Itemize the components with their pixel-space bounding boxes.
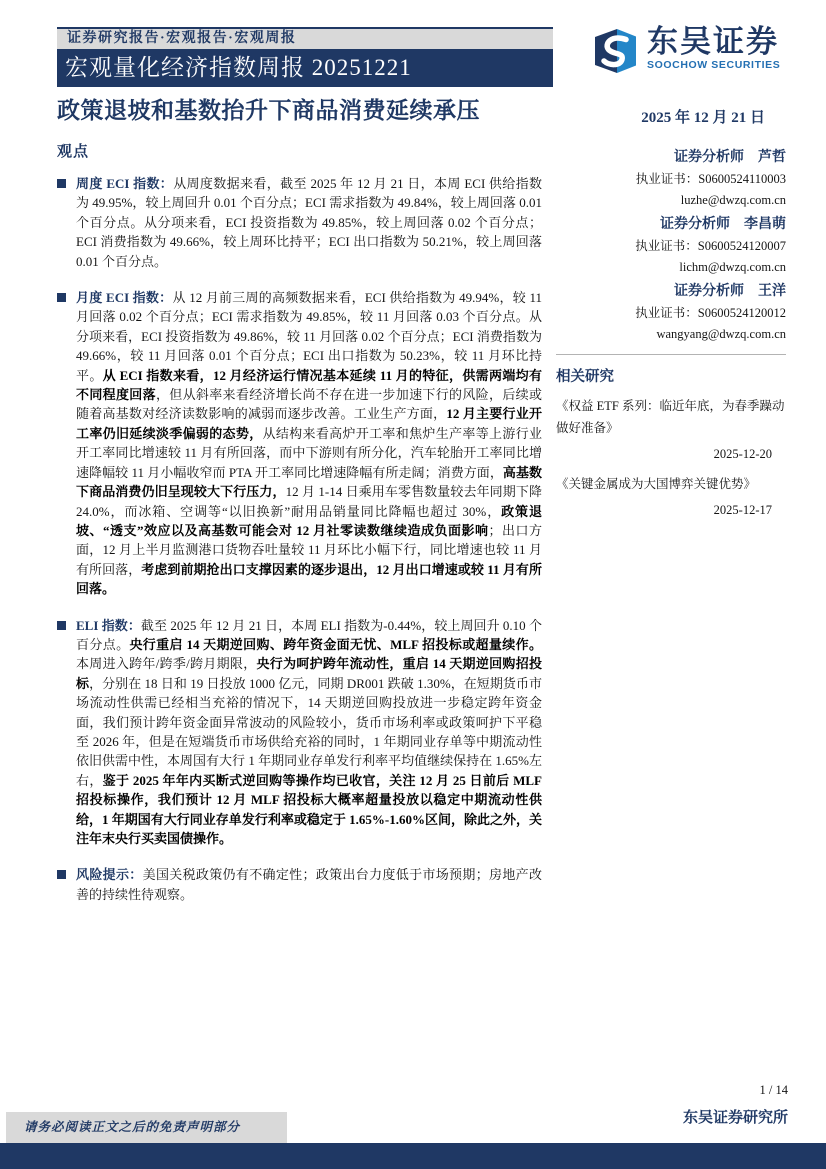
viewpoint-bullet: 月度 ECI 指数：从 12 月前三周的高频数据来看，ECI 供给指数为 49.… (57, 288, 542, 599)
bullet-square-icon (57, 179, 66, 188)
report-date: 2025 年 12 月 21 日 (557, 106, 765, 127)
footer-bar (0, 1143, 826, 1169)
bullet-square-icon (57, 621, 66, 630)
analyst-role-name: 证券分析师李昌萌 (556, 213, 786, 236)
bullet-text: 周度 ECI 指数：从周度数据来看，截至 2025 年 12 月 21 日，本周… (76, 174, 542, 271)
viewpoint-heading: 观点 (57, 140, 542, 161)
analyst-block: 证券分析师王洋执业证书：S0600524120012wangyang@dwzq.… (556, 280, 786, 345)
analyst-cert: 执业证书：S0600524110003 (556, 169, 786, 190)
logo-en-name: SOOCHOW SECURITIES (647, 59, 780, 71)
sidebar-divider (556, 354, 786, 355)
analyst-email: lichm@dwzq.com.cn (556, 257, 786, 278)
related-research-title: 《关键金属成为大国博弈关键优势》 (556, 473, 786, 495)
analyst-cert: 执业证书：S0600524120012 (556, 303, 786, 324)
bullet-text: 风险提示：美国关税政策仍有不确定性；政策出台力度低于市场预期；房地产改善的持续性… (76, 865, 542, 904)
soochow-logo: 东吴证券 SOOCHOW SECURITIES (590, 25, 780, 82)
bullet-text: 月度 ECI 指数：从 12 月前三周的高频数据来看，ECI 供给指数为 49.… (76, 288, 542, 599)
analyst-block: 证券分析师芦哲执业证书：S0600524110003luzhe@dwzq.com… (556, 146, 786, 211)
bullet-square-icon (57, 293, 66, 302)
viewpoint-bullet: 周度 ECI 指数：从周度数据来看，截至 2025 年 12 月 21 日，本周… (57, 174, 542, 271)
analyst-block: 证券分析师李昌萌执业证书：S0600524120007lichm@dwzq.co… (556, 213, 786, 278)
related-research-item: 《关键金属成为大国博弈关键优势》2025-12-17 (556, 473, 786, 521)
analyst-email: luzhe@dwzq.com.cn (556, 190, 786, 211)
analyst-role-name: 证券分析师芦哲 (556, 146, 786, 169)
viewpoint-section: 观点 周度 ECI 指数：从周度数据来看，截至 2025 年 12 月 21 日… (57, 140, 542, 921)
viewpoint-list: 周度 ECI 指数：从周度数据来看，截至 2025 年 12 月 21 日，本周… (57, 174, 542, 904)
page-number: 1 / 14 (760, 1083, 788, 1098)
report-category-strip: 证券研究报告·宏观报告·宏观周报 (57, 27, 553, 49)
soochow-logo-icon (590, 25, 640, 82)
related-research-heading: 相关研究 (556, 365, 786, 386)
report-title: 政策退坡和基数抬升下商品消费延续承压 (57, 92, 562, 125)
related-research-title: 《权益 ETF 系列：临近年底，为春季躁动做好准备》 (556, 395, 786, 439)
logo-cn-name: 东吴证券 (647, 25, 780, 59)
report-page: 证券研究报告·宏观报告·宏观周报 宏观量化经济指数周报 20251221 政策退… (0, 0, 826, 1169)
bullet-text: ELI 指数：截至 2025 年 12 月 21 日，本周 ELI 指数为-0.… (76, 616, 542, 849)
analyst-cert: 执业证书：S0600524120007 (556, 236, 786, 257)
analyst-email: wangyang@dwzq.com.cn (556, 324, 786, 345)
related-research-date: 2025-12-20 (556, 443, 772, 465)
related-research-list: 《权益 ETF 系列：临近年底，为春季躁动做好准备》2025-12-20《关键金… (556, 395, 786, 521)
bullet-square-icon (57, 870, 66, 879)
sidebar: 证券分析师芦哲执业证书：S0600524110003luzhe@dwzq.com… (556, 146, 786, 529)
viewpoint-bullet: ELI 指数：截至 2025 年 12 月 21 日，本周 ELI 指数为-0.… (57, 616, 542, 849)
related-research-item: 《权益 ETF 系列：临近年底，为春季躁动做好准备》2025-12-20 (556, 395, 786, 465)
disclaimer-note: 请务必阅读正文之后的免责声明部分 (6, 1112, 287, 1143)
soochow-logo-text: 东吴证券 SOOCHOW SECURITIES (647, 25, 780, 71)
related-research-date: 2025-12-17 (556, 499, 772, 521)
viewpoint-bullet: 风险提示：美国关税政策仍有不确定性；政策出台力度低于市场预期；房地产改善的持续性… (57, 865, 542, 904)
institute-name: 东吴证券研究所 (683, 1106, 788, 1127)
analyst-list: 证券分析师芦哲执业证书：S0600524110003luzhe@dwzq.com… (556, 146, 786, 345)
analyst-role-name: 证券分析师王洋 (556, 280, 786, 303)
report-series-band: 宏观量化经济指数周报 20251221 (57, 49, 553, 87)
